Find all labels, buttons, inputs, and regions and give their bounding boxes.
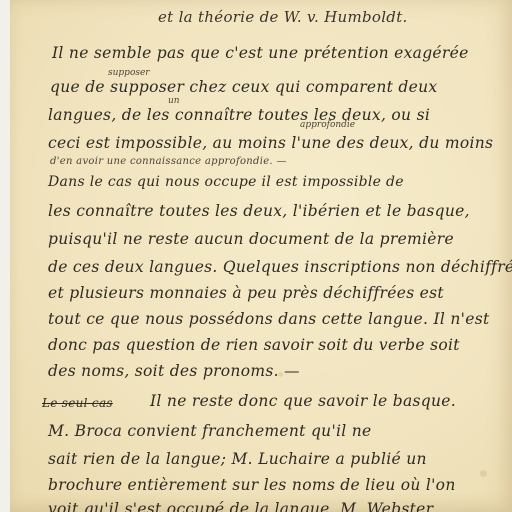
manuscript-page: et la théorie de W. v. Humboldt. Il ne s… [10,0,512,512]
text-line-15: M. Broca convient franchement qu'il ne [48,422,372,440]
text-line-16: sait rien de la langue; M. Luchaire a pu… [48,450,427,468]
text-line-4: ceci est impossible, au moins l'une des … [48,134,493,152]
text-line-14: Il ne reste donc que savoir le basque. [150,392,456,410]
insert-supposer: supposer [108,68,150,78]
insert-approfondi: approfondie [300,120,355,130]
text-line-11: tout ce que nous possédons dans cette la… [48,310,489,328]
ink-stain [480,470,487,477]
text-line-10: et plusieurs monnaies à peu près déchiff… [48,284,444,302]
struck-margin-text: Le seul cas [42,396,113,410]
text-line-18: voit qu'il s'est occupé de la langue. M.… [48,500,433,512]
text-line-12: donc pas question de rien savoir soit du… [48,336,460,354]
insert-un: un [168,96,180,106]
text-line-8: puisqu'il ne reste aucun document de la … [48,230,454,248]
text-line-13: des noms, soit des pronoms. — [48,362,300,380]
text-line-9: de ces deux langues. Quelques inscriptio… [48,258,512,276]
text-line-2: que de supposer chez ceux qui comparent … [50,78,437,96]
text-line-6: Dans le cas qui nous occupe il est impos… [48,174,404,190]
text-line-5: d'en avoir une connaissance approfondie.… [50,156,287,167]
text-line-17: brochure entièrement sur les noms de lie… [48,476,456,494]
text-line-3: langues, de les connaître toutes les deu… [48,106,430,124]
text-line-1: Il ne semble pas que c'est une prétentio… [52,44,469,62]
text-line-7: les connaître toutes les deux, l'ibérien… [48,202,470,220]
page-heading: et la théorie de W. v. Humboldt. [158,8,408,26]
